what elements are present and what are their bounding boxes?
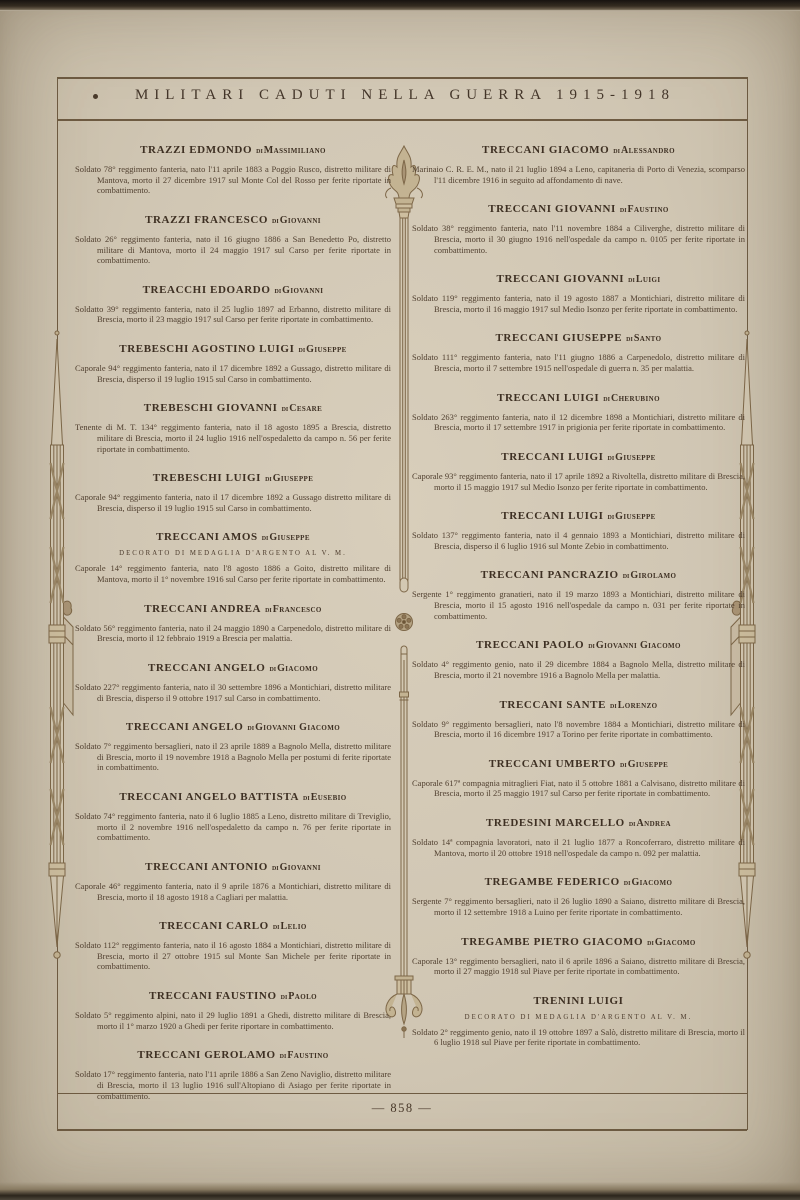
entry-di: di [626,333,633,343]
memorial-entry: TRECCANI LUIGIdiCherubino Soldato 263° r… [412,388,745,433]
memorial-entry: TRECCANI GIOVANNIdiFaustino Soldato 38° … [412,199,745,255]
entry-patronymic: Girolamo [630,570,676,581]
entry-di: di [272,215,279,225]
entry-header: TRAZZI FRANCESCOdiGiovanni [75,210,391,228]
entry-name: TRECCANI GIOVANNI [488,203,616,215]
entry-body: Caporale 14° reggimento fanteria, nato l… [75,563,391,584]
entry-body: Soldato 111° reggimento fanteria, nato l… [412,352,745,373]
entry-header: TRECCANI GIACOMOdiAlessandro [412,140,745,158]
entry-patronymic: Giuseppe [273,473,314,484]
memorial-entry: TREBESCHI GIOVANNIdiCesare Tenente di M.… [75,398,391,454]
entry-di: di [647,937,654,947]
entry-body: Caporale 13° reggimento bersaglieri, nat… [412,956,745,977]
entry-patronymic: Faustino [628,204,669,215]
entry-di: di [623,570,630,580]
entry-name: TREACCHI EDOARDO [143,284,271,296]
memorial-entry: TRECCANI GIUSEPPEdiSanto Soldato 111° re… [412,328,745,373]
entry-body: Soldato 119° reggimento fanteria, nato i… [412,293,745,314]
entry-name: TRAZZI FRANCESCO [145,214,268,226]
memorial-entry: TRECCANI ANGELOdiGiovanni Giacomo Soldat… [75,717,391,773]
entry-body: Soldato 17° reggimento fanteria, nato l'… [75,1069,391,1101]
entry-patronymic: Faustino [287,1050,328,1061]
entry-body: Soldato 74° reggimento fanteria, nato il… [75,811,391,843]
entry-name: TRECCANI ANGELO BATTISTA [119,791,299,803]
entry-body: Caporale 93° reggimento fanteria, nato i… [412,471,745,492]
entry-name: TRECCANI ANGELO [148,662,266,674]
entry-di: di [272,862,279,872]
entry-header: TRECCANI AMOSdiGiuseppe [75,527,391,545]
entry-header: TRECCANI LUIGIdiGiuseppe [412,506,745,524]
entry-di: di [620,759,627,769]
entry-header: TRAZZI EDMONDOdiMassimiliano [75,140,391,158]
entry-body: Marinaio C. R. E. M., nato il 21 luglio … [412,164,745,185]
entry-di: di [281,991,288,1001]
memorial-entry: TREBESCHI AGOSTINO LUIGIdiGiuseppe Capor… [75,339,391,384]
entry-body: Caporale 94° reggimento fanteria, nato i… [75,363,391,384]
entry-header: TRECCANI SANTEdiLorenzo [412,695,745,713]
memorial-entry: TRECCANI GIOVANNIdiLuigi Soldato 119° re… [412,269,745,314]
entry-name: TRECCANI CARLO [159,920,269,932]
entry-di: di [262,532,269,542]
right-column: TRECCANI GIACOMOdiAlessandro Marinaio C.… [412,140,745,1062]
entry-header: TREBESCHI GIOVANNIdiCesare [75,398,391,416]
memorial-entry: TREACCHI EDOARDOdiGiovanni Soldatto 39° … [75,280,391,325]
entry-patronymic: Giovanni [282,285,323,296]
entry-di: di [280,1050,287,1060]
entry-name: TRECCANI ANTONIO [145,861,268,873]
entry-body: Sergente 7° reggimento bersaglieri, nato… [412,896,745,917]
entry-body: Soldato 227° reggimento fanteria, nato i… [75,682,391,703]
entry-header: TREBESCHI LUIGIdiGiuseppe [75,468,391,486]
memorial-entry: TRAZZI EDMONDOdiMassimiliano Soldato 78°… [75,140,391,196]
entry-di: di [613,145,620,155]
entry-patronymic: Luigi [636,274,661,285]
entry-name: TREGAMBE PIETRO GIACOMO [461,936,643,948]
entry-header: TREACCHI EDOARDOdiGiovanni [75,280,391,298]
entry-name: TREDESINI MARCELLO [486,817,625,829]
entry-di: di [265,604,272,614]
entry-header: TRECCANI ANDREAdiFrancesco [75,599,391,617]
entry-name: TREBESCHI LUIGI [153,472,261,484]
entry-name: TRECCANI PANCRAZIO [481,569,619,581]
memorial-entry: TRECCANI PANCRAZIOdiGirolamo Sergente 1°… [412,565,745,621]
entry-name: TRECCANI GEROLAMO [137,1049,275,1061]
entry-name: TREGAMBE FEDERICO [485,876,620,888]
entry-name: TRENINI LUIGI [533,995,623,1007]
memorial-entry: TRECCANI UMBERTOdiGiuseppe Caporale 617ª… [412,754,745,799]
entry-name: TRECCANI UMBERTO [489,758,616,770]
entry-name: TRECCANI GIACOMO [482,144,609,156]
entry-body: Soldato 26° reggimento fanteria, nato il… [75,234,391,266]
entry-name: TRECCANI LUIGI [497,392,599,404]
entry-header: TRENINI LUIGI [412,991,745,1009]
entry-name: TRECCANI ANDREA [144,603,261,615]
entry-patronymic: Lorenzo [618,700,658,711]
fasces-icon [40,295,74,1095]
entry-body: Soldato 38° reggimento fanteria, nato l'… [412,223,745,255]
memorial-entry: TREGAMBE PIETRO GIACOMOdiGiacomo Caporal… [412,932,745,977]
photo-top-edge [0,0,800,11]
entry-header: TRECCANI GIOVANNIdiLuigi [412,269,745,287]
memorial-entry: TREDESINI MARCELLOdiAndrea Soldato 14ª c… [412,813,745,858]
entry-header: TRECCANI GIOVANNIdiFaustino [412,199,745,217]
entry-header: TRECCANI ANGELO BATTISTAdiEusebio [75,787,391,805]
entry-name: TREBESCHI GIOVANNI [144,402,278,414]
entry-name: TRECCANI SANTE [500,699,607,711]
entry-name: TREBESCHI AGOSTINO LUIGI [119,343,294,355]
entry-header: TRECCANI GIUSEPPEdiSanto [412,328,745,346]
entry-header: TRECCANI ANGELOdiGiovanni Giacomo [75,717,391,735]
entry-header: TREGAMBE PIETRO GIACOMOdiGiacomo [412,932,745,950]
entry-body: Soldato 9° reggimento bersaglieri, nato … [412,719,745,740]
entry-di: di [629,818,636,828]
entry-body: Soldato 7° reggimento bersaglieri, nato … [75,741,391,773]
entry-body: Tenente di M. T. 134° reggimento fanteri… [75,422,391,454]
entry-patronymic: Paolo [288,991,317,1002]
entry-body: Soldato 5° reggimento alpini, nato il 29… [75,1010,391,1031]
entry-patronymic: Massimiliano [264,145,326,156]
entry-header: TRECCANI LUIGIdiGiuseppe [412,447,745,465]
entry-body: Soldato 78° reggimento fanteria, nato l'… [75,164,391,196]
entry-patronymic: Alessandro [621,145,675,156]
entry-name: TRECCANI FAUSTINO [149,990,277,1002]
entry-patronymic: Giuseppe [628,759,669,770]
entry-di: di [298,344,305,354]
entry-di: di [275,285,282,295]
memorial-entry: TREGAMBE FEDERICOdiGiacomo Sergente 7° r… [412,872,745,917]
entry-header: TRECCANI GEROLAMOdiFaustino [75,1045,391,1063]
entry-honor: DECORATO DI MEDAGLIA D'ARGENTO AL V. M. [75,550,391,557]
memorial-entry: TRECCANI ANTONIOdiGiovanni Caporale 46° … [75,857,391,902]
entry-body: Sergente 1° reggimento granatieri, nato … [412,589,745,621]
entry-patronymic: Giovanni [280,215,321,226]
entry-patronymic: Francesco [273,604,322,615]
entry-name: TRECCANI LUIGI [501,510,603,522]
entry-header: TRECCANI FAUSTINOdiPaolo [75,986,391,1004]
entry-patronymic: Giacomo [277,663,318,674]
entry-patronymic: Santo [634,333,662,344]
memorial-entry: TRECCANI LUIGIdiGiuseppe Caporale 93° re… [412,447,745,492]
entry-di: di [265,473,272,483]
entry-body: Caporale 46° reggimento fanteria, nato i… [75,881,391,902]
entry-di: di [628,274,635,284]
entry-patronymic: Lelio [281,921,307,932]
entry-di: di [273,921,280,931]
entry-di: di [610,700,617,710]
entry-body: Caporale 94° reggimento fanteria, nato i… [75,492,391,513]
memorial-entry: TRENINI LUIGI DECORATO DI MEDAGLIA D'ARG… [412,991,745,1048]
entry-di: di [608,452,615,462]
entry-body: Soldato 56° reggimento fanteria, nato il… [75,623,391,644]
memorial-entry: TRECCANI CARLOdiLelio Soldato 112° reggi… [75,916,391,972]
entry-di: di [256,145,263,155]
entry-patronymic: Giacomo [655,937,696,948]
entry-di: di [303,792,310,802]
entry-header: TRECCANI UMBERTOdiGiuseppe [412,754,745,772]
entry-name: TRECCANI AMOS [156,531,258,543]
frame-rule-top [57,77,747,79]
entry-header: TRECCANI CARLOdiLelio [75,916,391,934]
entry-name: TRAZZI EDMONDO [140,144,252,156]
entry-header: TRECCANI ANTONIOdiGiovanni [75,857,391,875]
entry-name: TRECCANI GIOVANNI [497,273,625,285]
entry-header: TRECCANI ANGELOdiGiacomo [75,658,391,676]
entry-body: Soldato 137° reggimento fanteria, nato i… [412,530,745,551]
entry-di: di [608,511,615,521]
left-column: TRAZZI EDMONDOdiMassimiliano Soldato 78°… [75,140,391,1115]
memorial-entry: TRECCANI SANTEdiLorenzo Soldato 9° reggi… [412,695,745,740]
entry-header: TRECCANI LUIGIdiCherubino [412,388,745,406]
entry-patronymic: Giuseppe [615,511,656,522]
entry-patronymic: Giuseppe [306,344,347,355]
entry-header: TRECCANI PANCRAZIOdiGirolamo [412,565,745,583]
frame-rule-below-pagenumber [57,1129,747,1131]
entry-patronymic: Andrea [637,818,672,829]
entry-di: di [269,663,276,673]
memorial-entry: TRECCANI ANGELO BATTISTAdiEusebio Soldat… [75,787,391,843]
entry-patronymic: Giovanni Giacomo [255,722,340,733]
entry-di: di [588,640,595,650]
photo-bottom-edge [0,1182,800,1200]
entry-patronymic: Cesare [289,403,322,414]
memorial-entry: TRECCANI ANGELOdiGiacomo Soldato 227° re… [75,658,391,703]
memorial-entry: TRECCANI PAOLOdiGiovanni Giacomo Soldato… [412,635,745,680]
entry-patronymic: Cherubino [611,393,660,404]
entry-body: Soldato 14ª compagnia lavoratori, nato i… [412,837,745,858]
entry-patronymic: Giuseppe [269,532,310,543]
entry-header: TREGAMBE FEDERICOdiGiacomo [412,872,745,890]
memorial-entry: TRECCANI GIACOMOdiAlessandro Marinaio C.… [412,140,745,185]
entry-body: Caporale 617ª compagnia mitraglieri Fiat… [412,778,745,799]
entry-patronymic: Giovanni Giacomo [596,640,681,651]
memorial-entry: TRECCANI ANDREAdiFrancesco Soldato 56° r… [75,599,391,644]
memorial-entry: TREBESCHI LUIGIdiGiuseppe Caporale 94° r… [75,468,391,513]
memorial-entry: TRECCANI GEROLAMOdiFaustino Soldato 17° … [75,1045,391,1101]
entry-name: TRECCANI ANGELO [126,721,244,733]
entry-di: di [282,403,289,413]
memorial-entry: TRECCANI FAUSTINOdiPaolo Soldato 5° regg… [75,986,391,1031]
entry-header: TRECCANI PAOLOdiGiovanni Giacomo [412,635,745,653]
entry-header: TREDESINI MARCELLOdiAndrea [412,813,745,831]
entry-body: Soldatto 39° reggimento fanteria, nato i… [75,304,391,325]
entry-header: TREBESCHI AGOSTINO LUIGIdiGiuseppe [75,339,391,357]
entry-di: di [620,204,627,214]
entry-body: Soldato 4° reggimento genio, nato il 29 … [412,659,745,680]
page-title: MILITARI CADUTI NELLA GUERRA 1915-1918 [57,87,747,104]
left-fasces-ornament [40,295,74,1095]
entry-body: Soldato 2° reggimento genio, nato il 19 … [412,1027,745,1048]
entry-di: di [624,877,631,887]
entry-name: TRECCANI GIUSEPPE [496,332,623,344]
entry-patronymic: Giacomo [631,877,672,888]
memorial-entry: TRAZZI FRANCESCOdiGiovanni Soldato 26° r… [75,210,391,266]
entry-patronymic: Giuseppe [615,452,656,463]
entry-honor: DECORATO DI MEDAGLIA D'ARGENTO AL V. M. [412,1014,745,1021]
entry-di: di [247,722,254,732]
entry-name: TRECCANI PAOLO [476,639,584,651]
entry-body: Soldato 112° reggimento fanteria, nato i… [75,940,391,972]
entry-name: TRECCANI LUIGI [501,451,603,463]
frame-rule-below-title [57,119,747,121]
memorial-entry: TRECCANI AMOSdiGiuseppe DECORATO DI MEDA… [75,527,391,584]
entry-body: Soldato 263° reggimento fanteria, nato i… [412,412,745,433]
memorial-entry: TRECCANI LUIGIdiGiuseppe Soldato 137° re… [412,506,745,551]
entry-patronymic: Eusebio [311,792,347,803]
entry-patronymic: Giovanni [280,862,321,873]
entry-di: di [603,393,610,403]
